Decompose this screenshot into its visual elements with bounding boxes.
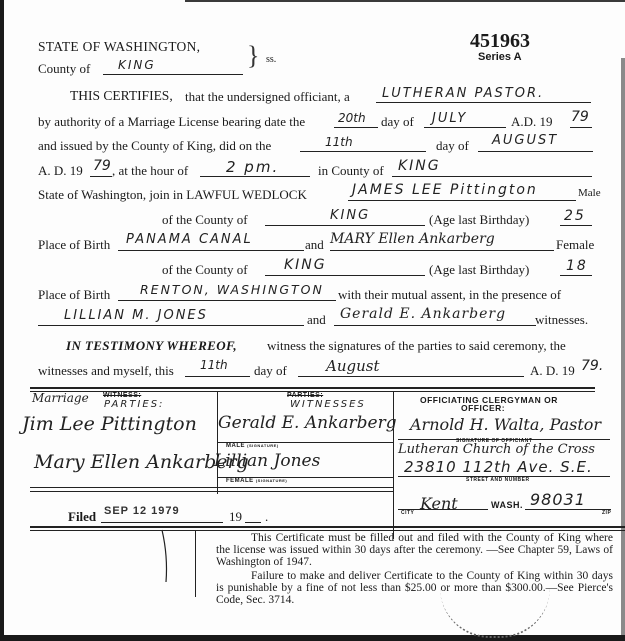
license-year-underline <box>570 127 592 128</box>
scan-edge-top <box>185 0 625 2</box>
witnesses-myself: witnesses and myself, this <box>38 363 174 379</box>
city-label: CITY <box>401 510 414 516</box>
female-age-underline <box>560 275 592 276</box>
witness-and: and <box>307 312 326 328</box>
filed-underline <box>101 522 223 523</box>
sign-year: 79. <box>581 358 603 374</box>
street-label: STREET AND NUMBER <box>466 477 530 483</box>
male-birthplace-underline <box>118 250 304 251</box>
ss-label: ss. <box>266 54 276 65</box>
certifies-text: that the undersigned officiant, a <box>185 89 350 105</box>
male-age: 25 <box>564 208 586 224</box>
officiant-church: Lutheran Church of the Cross <box>398 442 595 457</box>
sig-box-divider-1 <box>217 392 218 494</box>
male-sig-text: MALE <box>226 443 245 449</box>
sign-month: August <box>326 357 379 375</box>
officiant-zip: 98031 <box>530 490 586 509</box>
witness1-underline <box>38 325 304 326</box>
sign-day: 11th <box>200 358 228 372</box>
ceremony-month-underline <box>478 151 593 152</box>
officiant-header-2: OFFICER: <box>461 403 505 413</box>
ceremony-county-underline <box>392 176 592 177</box>
female-label: Female <box>556 237 594 253</box>
female-sig-text: FEMALE <box>226 478 254 484</box>
mutual-assent-text: with their mutual assent, in the presenc… <box>338 287 561 303</box>
ceremony-day-of: day of <box>436 138 469 154</box>
county-label: County of <box>38 61 90 77</box>
officiant-title: LUTHERAN PASTOR. <box>382 86 544 101</box>
officiant-city: Kent <box>420 494 458 513</box>
ceremony-county: KING <box>398 158 441 174</box>
filing-instructions: This Certificate must be filled out and … <box>216 532 613 568</box>
male-name: JAMES LEE Pittington <box>352 182 538 198</box>
testimony-text: witness the signatures of the parties to… <box>267 338 566 354</box>
male-county-label: of the County of <box>162 212 248 228</box>
state-label: STATE OF WASHINGTON, <box>38 39 200 55</box>
witness2-underline <box>334 325 536 326</box>
ceremony-day-underline <box>300 151 426 152</box>
license-ad: A.D. 19 <box>511 114 553 130</box>
series-label: Series A <box>478 51 522 63</box>
ceremony-year-underline <box>90 176 112 177</box>
license-text: by authority of a Marriage License beari… <box>38 114 305 130</box>
male-sig-sub: (SIGNATURE) <box>247 443 278 448</box>
witness1-name: LILLIAN M. JONES <box>64 308 208 323</box>
zip-line <box>525 509 611 510</box>
filed-date-stamp: SEP 12 1979 <box>104 505 180 517</box>
serial-number: 451963 <box>470 30 530 53</box>
sig-box-top-rule <box>30 387 595 389</box>
female-birthplace: RENTON, WASHINGTON <box>140 282 324 297</box>
marriage-label: Marriage <box>32 391 89 405</box>
wedlock-text: State of Washington, join in LAWFUL WEDL… <box>38 187 307 203</box>
sign-ad: A. D. 19 <box>530 363 575 379</box>
col1-parties-label: PARTIES: <box>104 399 164 410</box>
hour-underline <box>200 176 310 177</box>
license-day-of: day of <box>381 114 414 130</box>
col2-struck-label: PARTIES: <box>287 392 323 399</box>
sig-box-inner-rule <box>30 487 393 488</box>
ceremony-month: AUGUST <box>492 133 558 148</box>
col1-struck-label: WITNESS: <box>103 392 141 399</box>
sig-box-inner-rule-2 <box>30 491 393 492</box>
party1-signature: Jim Lee Pittington <box>22 413 197 435</box>
female-birthplace-underline <box>118 300 336 301</box>
testimony-heading: IN TESTIMONY WHEREOF, <box>66 338 237 354</box>
sign-day-of: day of <box>254 363 287 379</box>
male-age-label: (Age last Birthday) <box>429 212 529 228</box>
license-month-underline <box>424 127 506 128</box>
sign-month-underline <box>298 376 524 377</box>
penalty-notice: Failure to make and deliver Certificate … <box>216 570 613 606</box>
witness2-signature: Lillian Jones <box>214 451 320 471</box>
witnesses-label: witnesses. <box>535 312 588 328</box>
male-name-underline <box>348 200 576 201</box>
ceremony-day: 11th <box>325 135 353 149</box>
female-age-label: (Age last Birthday) <box>429 262 529 278</box>
in-county-label: in County of <box>318 163 384 179</box>
scan-edge-left <box>0 0 4 641</box>
female-name: MARY Ellen Ankarberg <box>330 231 495 247</box>
female-county-label: of the County of <box>162 262 248 278</box>
brace: } <box>247 38 259 74</box>
ceremony-hour: 2 pm. <box>226 158 279 176</box>
female-sig-label: FEMALE (SIGNATURE) <box>226 478 287 484</box>
bottom-rule-2 <box>30 530 625 531</box>
zip-label: ZIP <box>602 510 611 516</box>
female-sig-sub: (SIGNATURE) <box>256 478 287 483</box>
female-age: 18 <box>566 258 588 274</box>
male-birthplace-label: Place of Birth <box>38 237 110 253</box>
license-day: 20th <box>338 111 366 125</box>
male-sig-label: MALE (SIGNATURE) <box>226 443 279 449</box>
filed-19-underline <box>245 522 261 523</box>
male-county-underline <box>265 225 425 226</box>
female-county: KING <box>284 257 327 273</box>
male-label: Male <box>578 187 601 199</box>
filed-label: Filed <box>68 509 96 525</box>
county-value: KING <box>118 58 156 72</box>
wash-label: WASH. <box>491 500 523 510</box>
marriage-certificate: STATE OF WASHINGTON, County of KING } ss… <box>0 0 625 641</box>
officiant-title-underline <box>376 102 591 103</box>
license-day-underline <box>334 127 378 128</box>
bottom-rule <box>30 526 625 528</box>
female-county-underline <box>265 275 425 276</box>
and-label: and <box>305 237 324 253</box>
male-county: KING <box>330 208 370 223</box>
male-age-underline <box>560 225 592 226</box>
license-year: 79 <box>571 109 589 125</box>
license-month: JULY <box>432 111 467 126</box>
witness1-signature: Gerald E. Ankarberg <box>218 413 397 433</box>
officiant-street: 23810 112th Ave. S.E. <box>404 458 593 476</box>
ceremony-ad: A. D. 19 <box>38 163 83 179</box>
ceremony-year: 79 <box>93 158 111 174</box>
county-seal-stamp <box>440 588 550 638</box>
witness2-name: Gerald E. Ankarberg <box>340 306 506 322</box>
sign-day-underline <box>185 376 250 377</box>
female-name-underline <box>330 250 554 251</box>
county-underline <box>103 74 243 75</box>
certifies-heading: THIS CERTIFIES, <box>70 88 173 104</box>
scan-edge-bottom <box>0 635 625 641</box>
notes-divider <box>195 530 196 597</box>
scan-edge-right <box>621 58 625 638</box>
issued-text: and issued by the County of King, did on… <box>38 138 271 154</box>
officiant-signature: Arnold H. Walta, Pastor <box>410 415 601 434</box>
male-birthplace: PANAMA CANAL <box>126 232 253 247</box>
hour-label: , at the hour of <box>112 163 188 179</box>
col2-witnesses-label: WITNESSES <box>290 399 366 410</box>
female-birthplace-label: Place of Birth <box>38 287 110 303</box>
pen-stroke <box>160 528 172 584</box>
filed-19: 19 <box>229 509 242 525</box>
filed-dot: . <box>265 509 268 525</box>
